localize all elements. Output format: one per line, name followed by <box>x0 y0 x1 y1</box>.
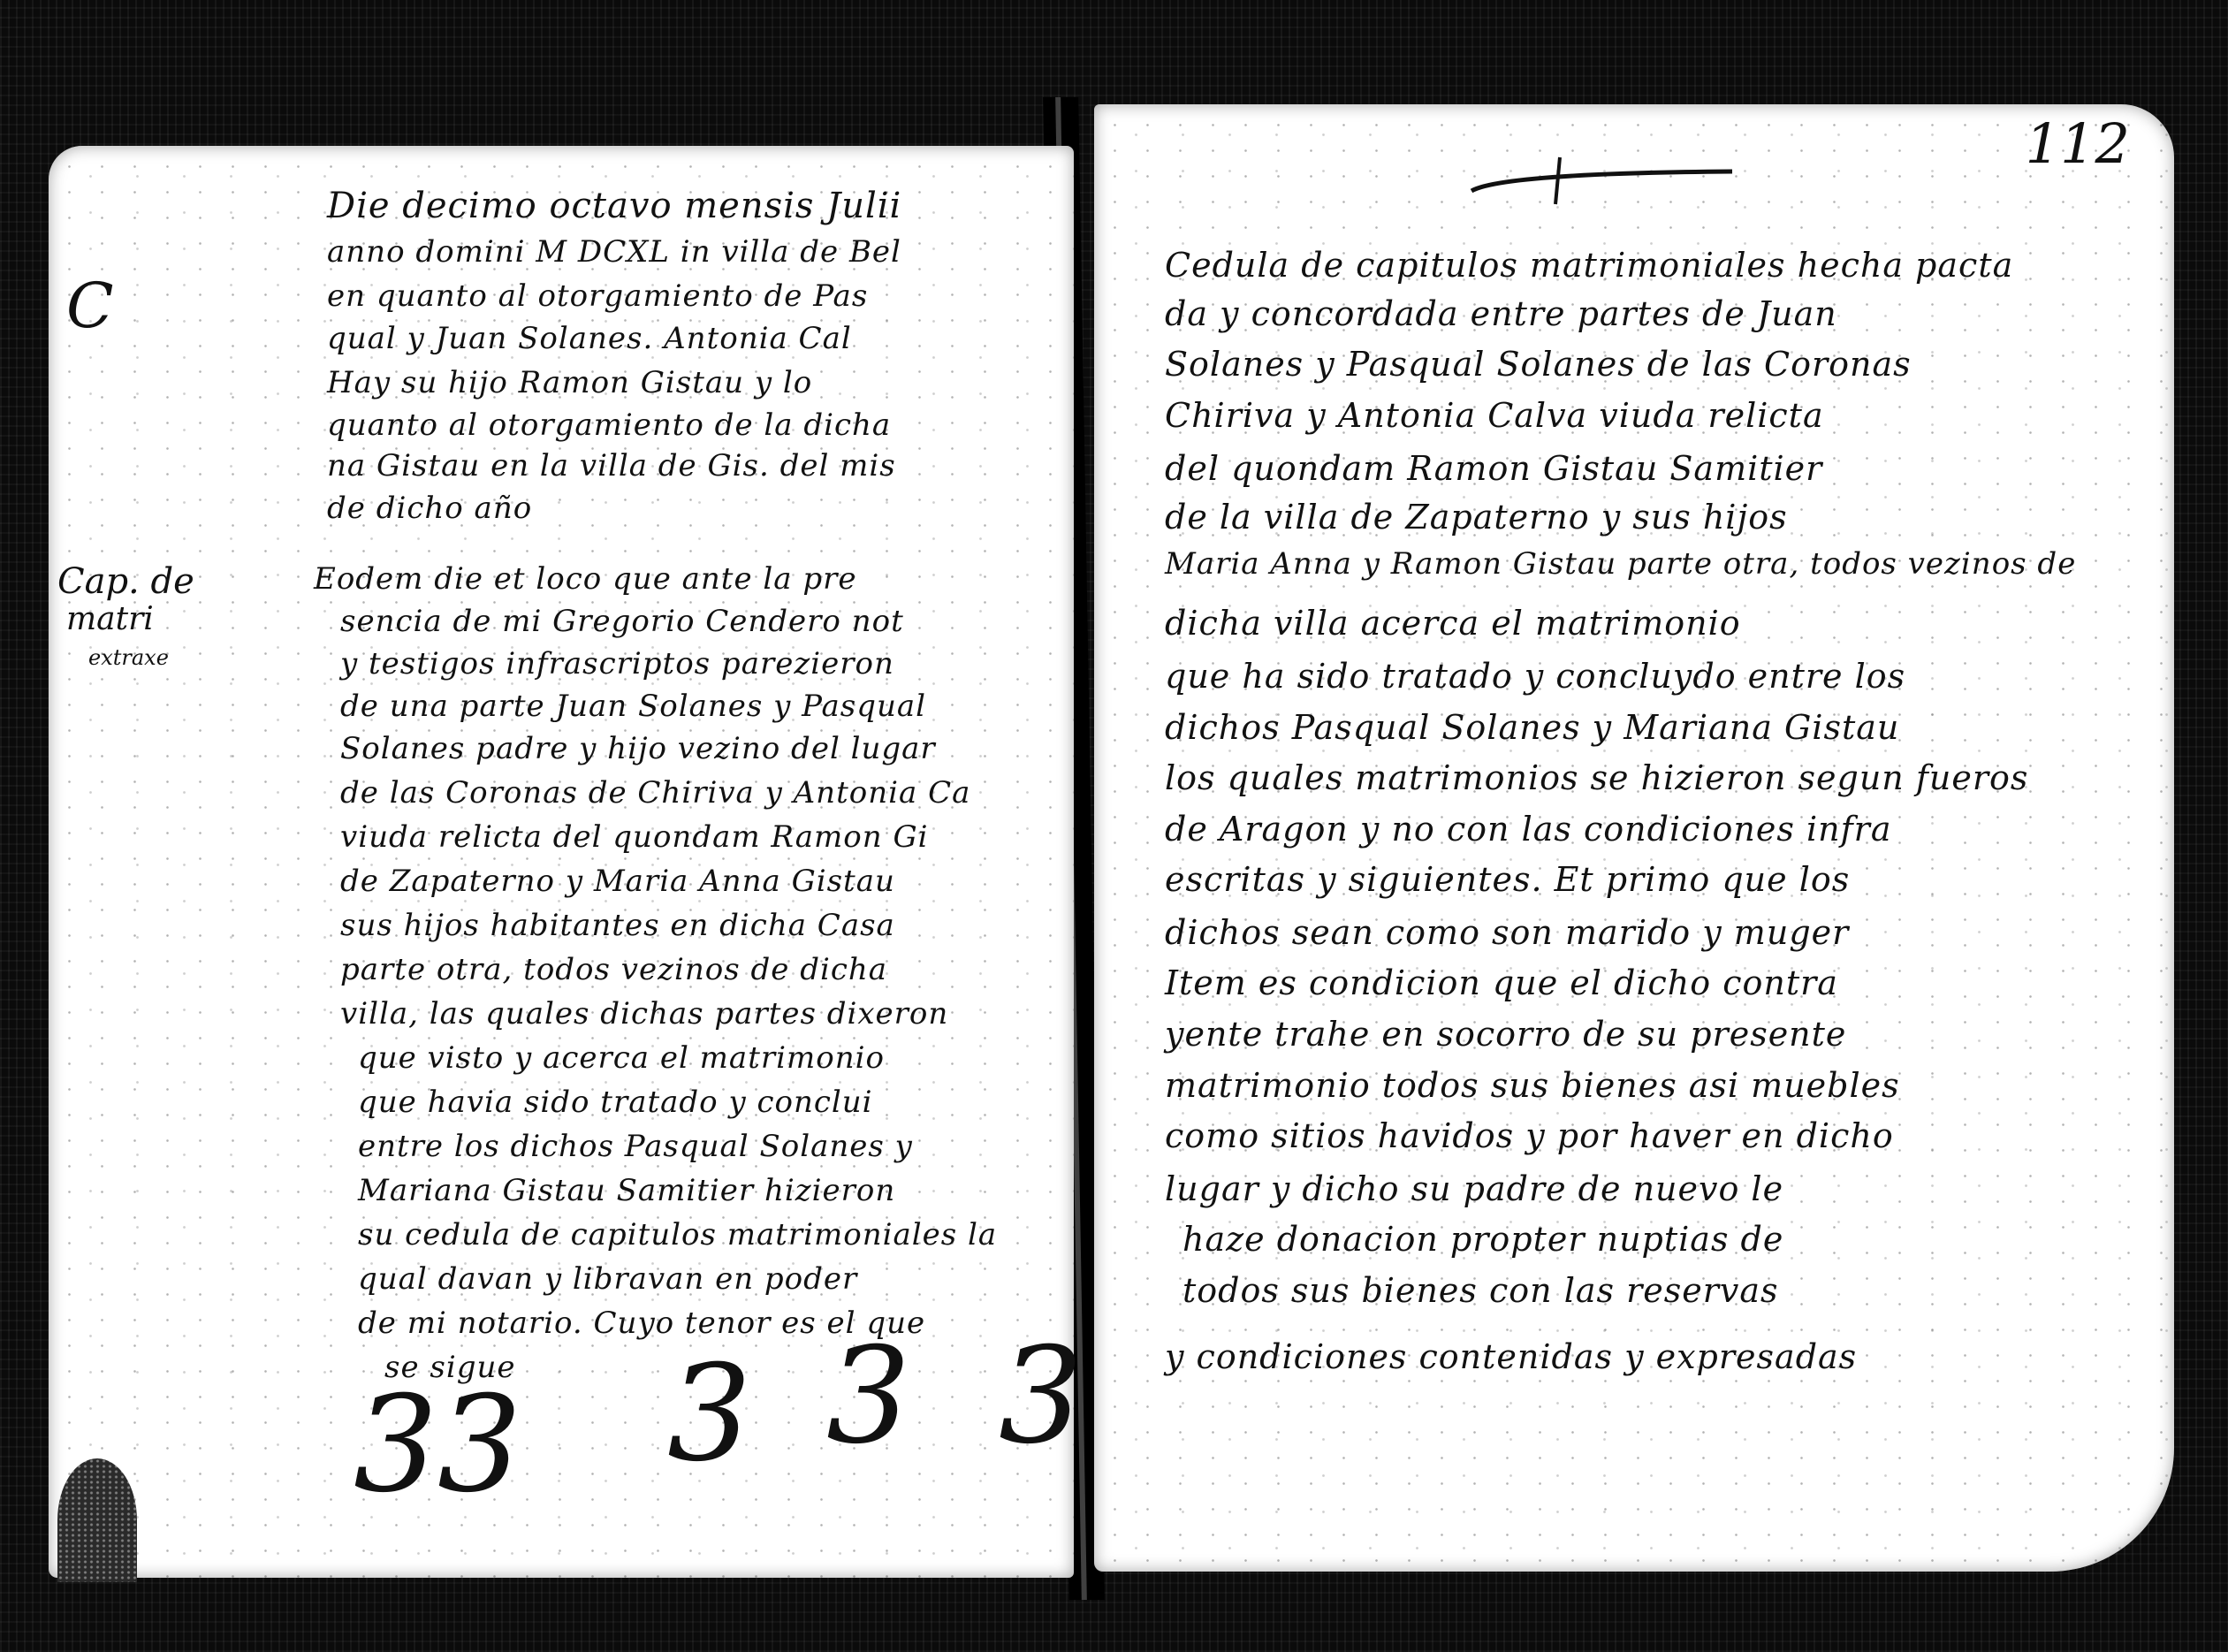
manuscript-line: todos sus bienes con las reservas <box>1182 1271 1779 1310</box>
manuscript-line: Die decimo octavo mensis Julii <box>327 186 901 226</box>
tally-mark: 3 <box>667 1348 751 1481</box>
manuscript-line: parte otra, todos vezinos de dicha <box>340 952 887 987</box>
manuscript-line: sencia de mi Gregorio Cendero not <box>340 604 904 639</box>
tally-mark: 3 <box>826 1330 910 1463</box>
manuscript-line: viuda relicta del quondam Ramon Gi <box>340 819 929 855</box>
manuscript-line: Cedula de capitulos matrimoniales hecha … <box>1165 246 2013 285</box>
manuscript-line: quanto al otorgamiento de la dicha <box>327 407 891 443</box>
manuscript-line: del quondam Ramon Gistau Samitier <box>1165 449 1822 488</box>
manuscript-line: escritas y siguientes. Et primo que los <box>1165 860 1850 899</box>
manuscript-line: de Zapaterno y Maria Anna Gistau <box>340 864 895 899</box>
margin-note-extraxe: extraxe <box>88 645 169 670</box>
manuscript-line: de Aragon y no con las condiciones infra <box>1165 810 1891 849</box>
tally-mark: 3 <box>437 1379 521 1511</box>
manuscript-line: que havia sido tratado y conclui <box>358 1085 873 1120</box>
tally-mark: 3 <box>354 1379 437 1511</box>
manuscript-line: y testigos infrascriptos parezieron <box>340 646 894 681</box>
margin-note-c: C <box>66 270 114 342</box>
page-corner-fold <box>57 1458 137 1582</box>
manuscript-line: qual y Juan Solanes. Antonia Cal <box>327 321 852 356</box>
left-page: C Cap. de matri extraxe Die decimo octav… <box>49 146 1074 1578</box>
manuscript-line: que visto y acerca el matrimonio <box>358 1040 885 1076</box>
manuscript-line: da y concordada entre partes de Juan <box>1165 294 1837 333</box>
manuscript-line: en quanto al otorgamiento de Pas <box>327 278 868 314</box>
manuscript-line: anno domini M DCXL in villa de Bel <box>327 234 901 270</box>
manuscript-line: como sitios havidos y por haver en dicho <box>1165 1116 1894 1155</box>
margin-note-matri: matri <box>66 601 154 637</box>
manuscript-line: que ha sido tratado y concluydo entre lo… <box>1165 657 1905 696</box>
right-page: 112 Cedula de capitulos matrimoniales he… <box>1094 104 2174 1572</box>
manuscript-line: Solanes padre y hijo vezino del lugar <box>340 731 936 766</box>
manuscript-line: villa, las quales dichas partes dixeron <box>340 996 948 1032</box>
manuscript-line: qual davan y libravan en poder <box>358 1261 857 1297</box>
manuscript-line: Chiriva y Antonia Calva viuda relicta <box>1165 396 1824 435</box>
manuscript-line: dichos sean como son marido y muger <box>1165 913 1849 952</box>
manuscript-line: dichos Pasqual Solanes y Mariana Gistau <box>1165 708 1899 747</box>
manuscript-line: haze donacion propter nuptias de <box>1182 1220 1783 1259</box>
cross-mark-icon <box>1467 156 1741 209</box>
manuscript-line: yente trahe en socorro de su presente <box>1165 1015 1846 1054</box>
manuscript-line: y condiciones contenidas y expresadas <box>1165 1337 1857 1376</box>
manuscript-line: na Gistau en la villa de Gis. del mis <box>327 448 896 483</box>
manuscript-line: su cedula de capitulos matrimoniales la <box>358 1217 997 1252</box>
folio-number: 112 <box>2026 111 2130 176</box>
tally-mark: 3 <box>999 1330 1083 1463</box>
manuscript-line: dicha villa acerca el matrimonio <box>1165 604 1741 643</box>
manuscript-line: de una parte Juan Solanes y Pasqual <box>340 689 926 724</box>
manuscript-line: Maria Anna y Ramon Gistau parte otra, to… <box>1165 546 2076 582</box>
manuscript-line: Mariana Gistau Samitier hizieron <box>358 1173 895 1208</box>
manuscript-line: de las Coronas de Chiriva y Antonia Ca <box>340 775 970 811</box>
manuscript-line: Hay su hijo Ramon Gistau y lo <box>327 365 812 400</box>
manuscript-line: sus hijos habitantes en dicha Casa <box>340 908 895 943</box>
margin-note-cap: Cap. de <box>57 561 194 602</box>
manuscript-line: Item es condicion que el dicho contra <box>1165 963 1838 1002</box>
manuscript-line: entre los dichos Pasqual Solanes y <box>358 1129 913 1164</box>
manuscript-line: los quales matrimonios se hizieron segun… <box>1165 758 2028 797</box>
manuscript-line: Eodem die et loco que ante la pre <box>314 561 857 597</box>
manuscript-line: lugar y dicho su padre de nuevo le <box>1165 1169 1783 1208</box>
manuscript-line: de dicho año <box>327 491 532 526</box>
manuscript-line: de la villa de Zapaterno y sus hijos <box>1165 498 1788 537</box>
manuscript-line: matrimonio todos sus bienes asi muebles <box>1165 1066 1900 1105</box>
manuscript-line: Solanes y Pasqual Solanes de las Coronas <box>1165 345 1912 384</box>
